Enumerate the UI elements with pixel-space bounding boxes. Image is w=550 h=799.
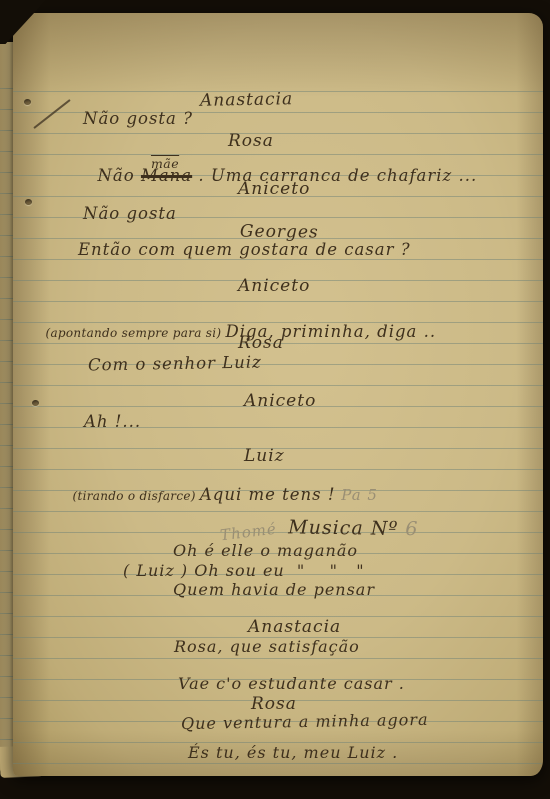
verse-line: Oh é elle o maganão — [173, 541, 358, 561]
character-name: Aniceto — [238, 276, 310, 296]
stage-direction: (tirando o disfarce) — [72, 489, 199, 503]
dialogue-line: Então com quem gostara de casar ? — [78, 240, 411, 260]
inline-correction: mãe — [151, 154, 179, 174]
pencil-music-number: 6 — [405, 518, 418, 540]
verse-line: Rosa, que satisfação — [174, 637, 360, 657]
manuscript-photo: Anastacia Não gosta ? Rosa Não mãeMana .… — [0, 0, 550, 799]
verse-line: És tu, és tu, meu Luiz . — [188, 743, 398, 763]
dialogue-line: Não gosta — [83, 204, 177, 224]
dialogue-line: Não gosta ? — [83, 109, 193, 129]
stitch-hole — [24, 99, 31, 105]
character-name: Luiz — [244, 446, 285, 466]
stage-direction: (apontando sempre para si) — [45, 326, 225, 340]
character-name: Aniceto — [238, 179, 310, 199]
stitch-hole — [32, 400, 39, 406]
verse-line: Vae c'o estudante casar . — [178, 674, 405, 694]
notebook-page: Anastacia Não gosta ? Rosa Não mãeMana .… — [13, 13, 543, 776]
character-name: Anastacia — [200, 89, 293, 111]
dialogue-rest: . Uma carranca de chafariz ... — [192, 166, 477, 185]
dialogue-line: Com o senhor Luiz — [88, 352, 262, 375]
strikethrough-word: mãeMana — [141, 166, 192, 186]
dialogue-line: Ah !... — [84, 412, 141, 432]
character-name: Rosa — [251, 694, 297, 714]
verse-line: ( Luiz ) Oh sou eu " " " — [123, 561, 365, 581]
character-name: Aniceto — [244, 391, 316, 411]
character-name: Rosa — [238, 333, 284, 353]
character-name: Anastacia — [248, 617, 341, 637]
verse-line: Quem havia de pensar — [173, 580, 375, 600]
stitch-hole — [25, 199, 32, 205]
dialogue-prefix: Não — [97, 166, 140, 185]
